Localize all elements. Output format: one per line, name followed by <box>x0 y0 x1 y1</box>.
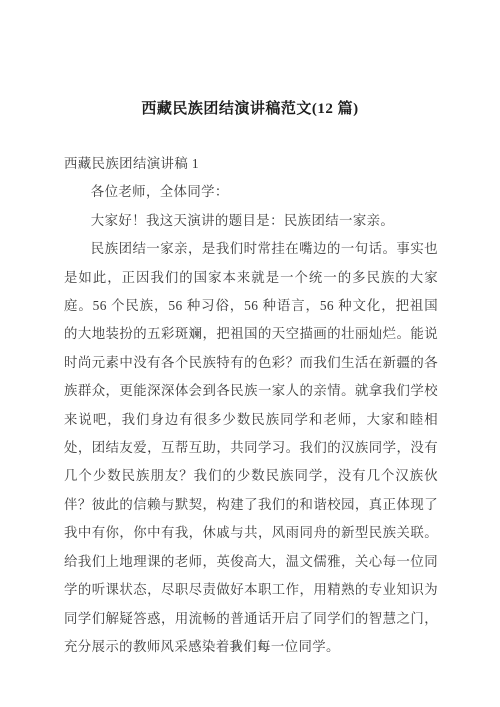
page-number: 第 1 页 <box>231 641 268 651</box>
paragraph-body: 民族团结一家亲，是我们时常挂在嘴边的一句话。事实也是如此，正因我们的国家本来就是… <box>64 235 438 661</box>
paragraph-salutation: 各位老师，全体同学： <box>64 178 438 206</box>
paragraph-greeting: 大家好！我这天演讲的题目是：民族团结一家亲。 <box>64 207 438 235</box>
page-footer: 第 1 页 <box>0 640 500 652</box>
document-body: 西藏民族团结演讲稿 1 各位老师，全体同学： 大家好！我这天演讲的题目是：民族团… <box>64 150 438 661</box>
section-heading: 西藏民族团结演讲稿 1 <box>64 150 438 178</box>
document-title: 西藏民族团结演讲稿范文(12 篇) <box>0 98 500 120</box>
document-page: 西藏民族团结演讲稿范文(12 篇) 西藏民族团结演讲稿 1 各位老师，全体同学：… <box>0 0 500 707</box>
